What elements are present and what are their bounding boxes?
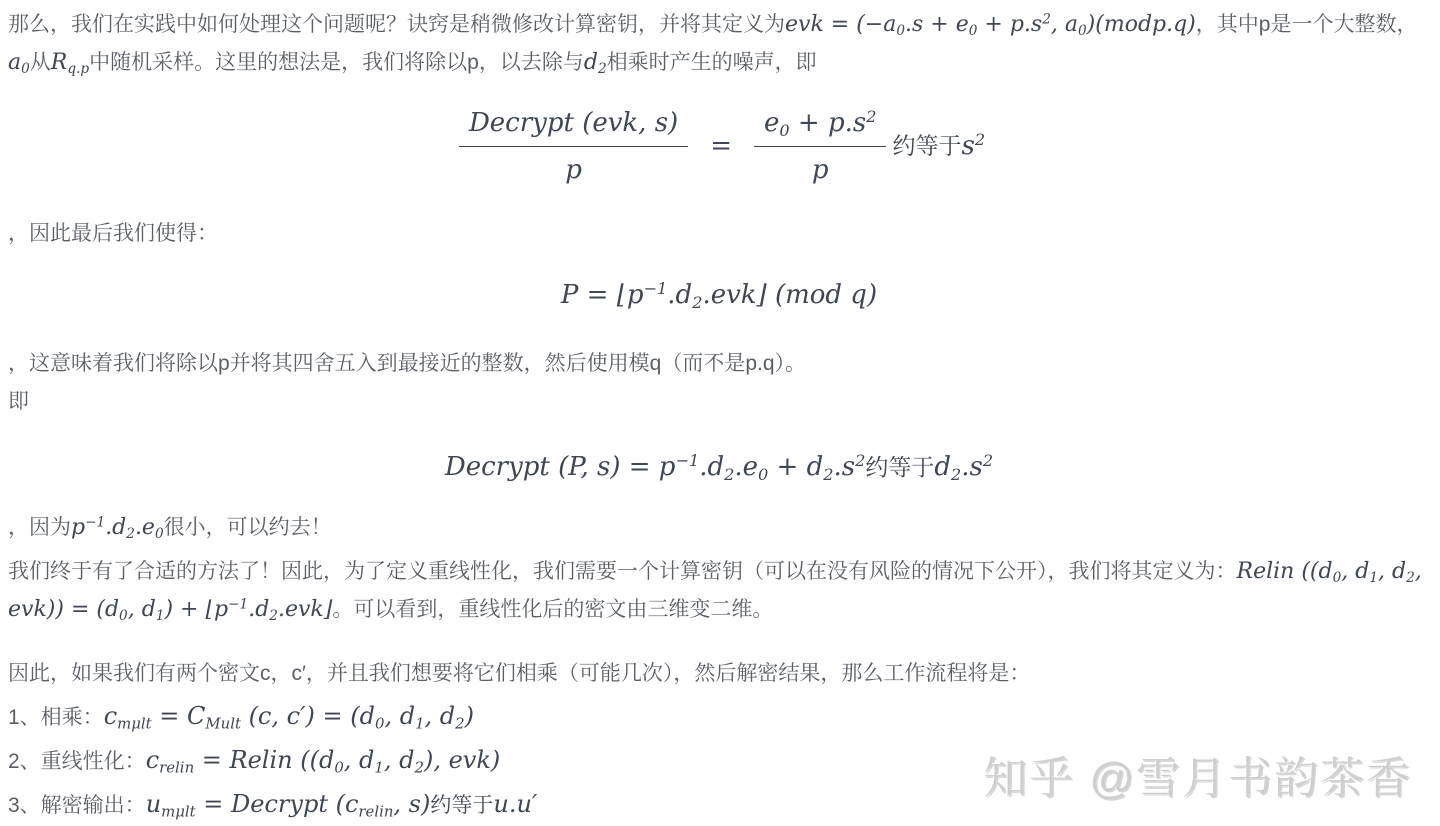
cancel-text: 很小，可以约去！ bbox=[164, 516, 332, 539]
step-label: 3、解密输出： bbox=[8, 794, 146, 817]
paragraph-rounding: ，这意味着我们将除以p并将其四舍五入到最接近的整数，然后使用模q（而不是p.q）… bbox=[8, 345, 1430, 421]
relin-intro-text: 我们终于有了合适的方法了！因此，为了定义重线性化，我们需要一个计算密钥（可以在没… bbox=[8, 560, 1237, 583]
intro-text-2: ，其中p是一个大整数， bbox=[1196, 13, 1418, 36]
inline-math-ring-Rqp: Rq.p bbox=[51, 50, 89, 75]
inline-math-d2: d2 bbox=[584, 50, 607, 75]
formula-P-definition: P = ⌊p−1.d2.evk⌋ (mod q) bbox=[8, 275, 1430, 315]
paragraph-intro: 那么，我们在实践中如何处理这个问题呢？诀窍是稍微修改计算密钥，并将其定义为evk… bbox=[8, 6, 1430, 82]
fraction-right-denominator: p bbox=[754, 146, 886, 185]
step-math: umμlt = Decrypt (crelin, s) bbox=[146, 790, 431, 818]
inline-math-a0: a0 bbox=[8, 50, 30, 75]
intro-text-4: 中随机采样。这里的想法是，我们将除以p，以去除与 bbox=[89, 51, 584, 74]
that-is-text: 即 bbox=[8, 390, 29, 413]
decrypt-P-result: d2.s2 bbox=[934, 452, 993, 482]
step-label: 2、重线性化： bbox=[8, 750, 146, 773]
approx-equals-text: 约等于 bbox=[892, 133, 961, 159]
step-math-tail: u.u′ bbox=[493, 790, 537, 818]
equals-sign: = bbox=[710, 131, 732, 161]
paragraph-workflow-intro: 因此，如果我们有两个密文c，c′，并且我们想要将它们相乘（可能几次），然后解密结… bbox=[8, 655, 1430, 693]
intro-text-1: 那么，我们在实践中如何处理这个问题呢？诀窍是稍微修改计算密钥，并将其定义为 bbox=[8, 13, 785, 36]
step-math: cmμlt = CMult (c, c′) = (d0, d1, d2) bbox=[104, 702, 474, 730]
formula-decrypt-P: Decrypt (P, s) = p−1.d2.e0 + d2.s2约等于d2.… bbox=[8, 447, 1430, 487]
article-content: 那么，我们在实践中如何处理这个问题呢？诀窍是稍微修改计算密钥，并将其定义为evk… bbox=[8, 6, 1430, 826]
fraction-right: e0 + p.s2p bbox=[754, 108, 886, 185]
decrypt-P-math: Decrypt (P, s) = p−1.d2.e0 + d2.s2 bbox=[445, 452, 866, 482]
relin-outro-text: 。可以看到，重线性化后的密文由三维变二维。 bbox=[332, 598, 773, 621]
fraction-left-numerator: Decrypt (evk, s) bbox=[459, 108, 688, 146]
approx-equals-text: 约等于 bbox=[865, 454, 934, 480]
paragraph-therefore: ，因此最后我们使得： bbox=[8, 215, 1430, 253]
watermark-author-handle: @雪月书韵茶香 bbox=[1089, 754, 1412, 803]
because-text: ，因为 bbox=[8, 516, 71, 539]
intro-text-5: 相乘时产生的噪声，即 bbox=[607, 51, 817, 74]
step-multiply: 1、相乘：cmμlt = CMult (c, c′) = (d0, d1, d2… bbox=[8, 695, 1430, 739]
fraction-left-denominator: p bbox=[459, 146, 688, 185]
approx-equals-text: 约等于 bbox=[430, 794, 493, 817]
formula-tail-s-squared: s2 bbox=[961, 131, 985, 161]
step-label: 1、相乘： bbox=[8, 706, 104, 729]
paragraph-noise-cancel: ，因为p−1.d2.e0很小，可以约去！ bbox=[8, 509, 1430, 547]
inline-math-noise-term: p−1.d2.e0 bbox=[71, 515, 164, 540]
inline-math-evk-definition: evk = (−a0.s + e0 + p.s2, a0)(modp.q) bbox=[785, 12, 1196, 37]
zhihu-watermark: 知乎 @雪月书韵茶香 bbox=[983, 742, 1412, 806]
paragraph-relin-definition: 我们终于有了合适的方法了！因此，为了定义重线性化，我们需要一个计算密钥（可以在没… bbox=[8, 553, 1430, 629]
watermark-site-name: 知乎 bbox=[983, 754, 1075, 803]
step-math: crelin = Relin ((d0, d1, d2), evk) bbox=[146, 746, 501, 774]
formula-decrypt-evk-fraction: Decrypt (evk, s)p=e0 + p.s2p约等于s2 bbox=[8, 108, 1430, 185]
fraction-right-numerator: e0 + p.s2 bbox=[754, 108, 886, 146]
fraction-left: Decrypt (evk, s)p bbox=[459, 108, 688, 185]
intro-text-3: 从 bbox=[30, 51, 51, 74]
rounding-text: ，这意味着我们将除以p并将其四舍五入到最接近的整数，然后使用模q（而不是p.q）… bbox=[8, 352, 806, 375]
article-page: { "article": { "p1": { "s1": "那么，我们在实践中如… bbox=[0, 0, 1440, 826]
